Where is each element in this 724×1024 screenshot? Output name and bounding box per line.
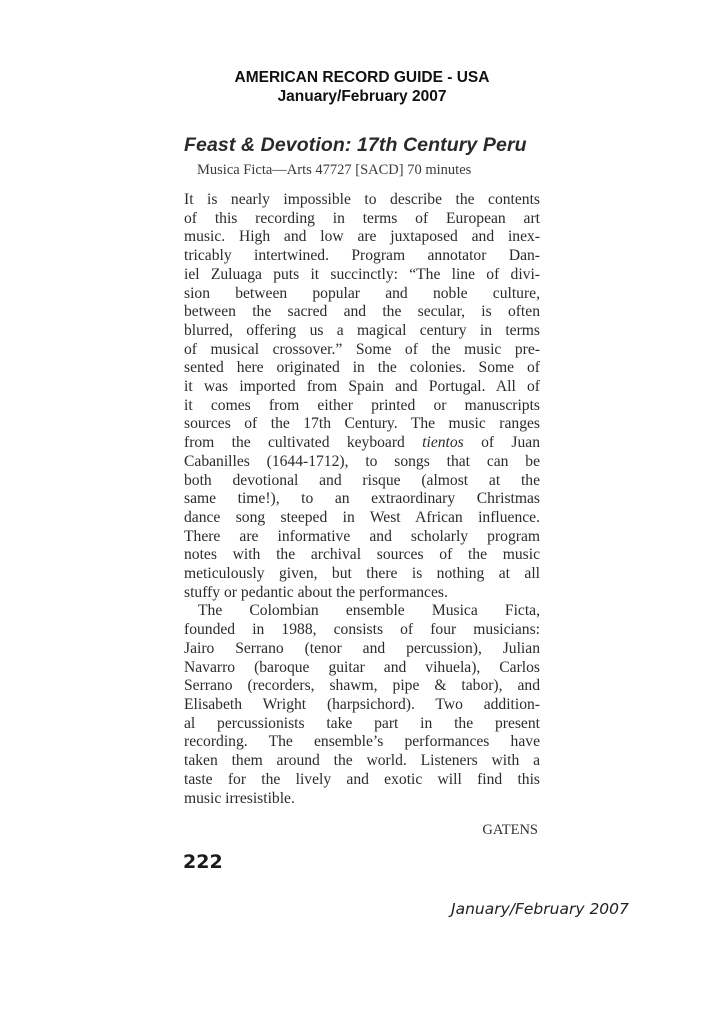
body-line: it comes from either printed or manuscri…: [184, 397, 540, 416]
body-line: dance song steeped in West African influ…: [184, 509, 540, 528]
review-body: It is nearly impossible to describe the …: [184, 191, 540, 808]
italic-term: tientos: [422, 434, 464, 451]
body-line: Jairo Serrano (tenor and percussion), Ju…: [184, 640, 540, 659]
body-line: There are informative and scholarly prog…: [184, 528, 540, 547]
body-line: same time!), to an extraordinary Christm…: [184, 490, 540, 509]
body-line: music. High and low are juxtaposed and i…: [184, 228, 540, 247]
body-line: meticulously given, but there is nothing…: [184, 565, 540, 584]
reviewer-signature: GATENS: [482, 822, 538, 839]
body-line: sion between popular and noble culture,: [184, 285, 540, 304]
publication-header: AMERICAN RECORD GUIDE - USA January/Febr…: [0, 68, 724, 106]
body-text: of Juan: [464, 434, 540, 451]
body-line: The Colombian ensemble Musica Ficta,: [184, 602, 540, 621]
body-line: taken them around the world. Listeners w…: [184, 752, 540, 771]
body-text: from the cultivated keyboard: [184, 434, 422, 451]
body-line: it was imported from Spain and Portugal.…: [184, 378, 540, 397]
issue-date: January/February 2007: [0, 87, 724, 106]
body-line: founded in 1988, consists of four musici…: [184, 621, 540, 640]
body-line: notes with the archival sources of the m…: [184, 546, 540, 565]
body-line: Elisabeth Wright (harpsichord). Two addi…: [184, 696, 540, 715]
body-line: music irresistible.: [184, 790, 540, 809]
body-line: sources of the 17th Century. The music r…: [184, 415, 540, 434]
page-number: 222: [183, 851, 223, 873]
body-line: Serrano (recorders, shawm, pipe & tabor)…: [184, 677, 540, 696]
body-line: taste for the lively and exotic will fin…: [184, 771, 540, 790]
publication-name: AMERICAN RECORD GUIDE - USA: [0, 68, 724, 87]
body-line: al percussionists take part in the prese…: [184, 715, 540, 734]
body-line: Navarro (baroque guitar and vihuela), Ca…: [184, 659, 540, 678]
body-line: between the sacred and the secular, is o…: [184, 303, 540, 322]
body-line: recording. The ensemble’s performances h…: [184, 733, 540, 752]
body-line: of this recording in terms of European a…: [184, 210, 540, 229]
body-line: both devotional and risque (almost at th…: [184, 472, 540, 491]
body-line: tricably intertwined. Program annotator …: [184, 247, 540, 266]
review-title: Feast & Devotion: 17th Century Peru: [184, 134, 527, 157]
body-line: stuffy or pedantic about the performance…: [184, 584, 540, 603]
body-line: blurred, offering us a magical century i…: [184, 322, 540, 341]
body-line: Cabanilles (1644-1712), to songs that ca…: [184, 453, 540, 472]
body-line: It is nearly impossible to describe the …: [184, 191, 540, 210]
body-line: iel Zuluaga puts it succinctly: “The lin…: [184, 266, 540, 285]
body-line: sented here originated in the colonies. …: [184, 359, 540, 378]
review-subtitle: Musica Ficta—Arts 47727 [SACD] 70 minute…: [197, 162, 471, 179]
body-line: from the cultivated keyboard tientos of …: [184, 434, 540, 453]
footer-date: January/February 2007: [451, 900, 629, 918]
body-line: of musical crossover.” Some of the music…: [184, 341, 540, 360]
